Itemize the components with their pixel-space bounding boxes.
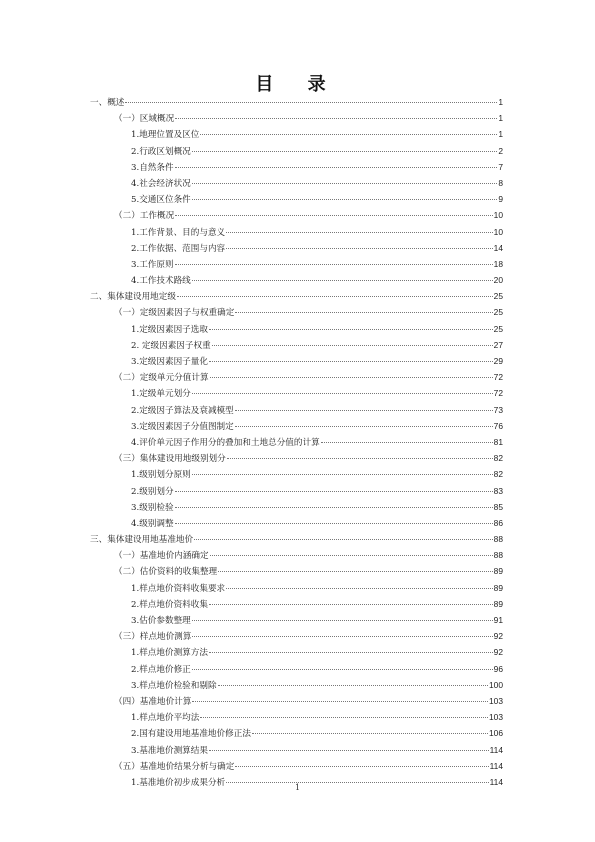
toc-entry-level-1[interactable]: （四）基准地价计算103	[90, 693, 503, 709]
toc-entry-label: 3.工作原则	[131, 257, 174, 273]
toc-entry-page-number: 18	[494, 256, 503, 272]
dot-leader	[226, 248, 493, 249]
dot-leader	[192, 183, 498, 184]
toc-entry-page-number: 29	[494, 353, 503, 369]
toc-entry-page-number: 1	[498, 110, 503, 126]
toc-entry-label: 4.级别调整	[131, 516, 174, 532]
toc-entry-level-2[interactable]: 3.级别检验85	[90, 499, 503, 515]
toc-entry-page-number: 8	[498, 175, 503, 191]
toc-entry-label: 3.基准地价测算结果	[131, 743, 208, 759]
toc-entry-level-1[interactable]: （三）集体建设用地级别划分82	[90, 450, 503, 466]
toc-entry-page-number: 82	[494, 450, 503, 466]
toc-entry-page-number: 72	[494, 385, 503, 401]
toc-entry-level-2[interactable]: 4.级别调整86	[90, 515, 503, 531]
toc-entry-level-2[interactable]: 2.工作依据、范围与内容14	[90, 240, 503, 256]
dot-leader	[210, 377, 493, 378]
toc-entry-page-number: 14	[494, 240, 503, 256]
toc-entry-level-1[interactable]: （二）估价资料的收集整理89	[90, 563, 503, 579]
dot-leader	[192, 701, 488, 702]
toc-entry-page-number: 85	[494, 499, 503, 515]
dot-leader	[175, 523, 493, 524]
dot-leader	[209, 750, 489, 751]
toc-entry-level-2[interactable]: 4.评价单元因子作用分的叠加和土地总分值的计算81	[90, 434, 503, 450]
toc-entry-page-number: 76	[494, 418, 503, 434]
toc-entry-level-2[interactable]: 1.定级因素因子选取25	[90, 321, 503, 337]
toc-entry-label: 4.评价单元因子作用分的叠加和土地总分值的计算	[131, 435, 320, 451]
dot-leader	[192, 669, 493, 670]
toc-entry-label: 3.自然条件	[131, 160, 174, 176]
toc-entry-level-2[interactable]: 3.定级因素因子量化29	[90, 353, 503, 369]
dot-leader	[210, 555, 493, 556]
toc-entry-level-2[interactable]: 4.社会经济状况8	[90, 175, 503, 191]
dot-leader	[175, 491, 493, 492]
toc-entry-level-2[interactable]: 3.定级因素因子分值图制定76	[90, 418, 503, 434]
dot-leader	[321, 442, 493, 443]
dot-leader	[192, 280, 493, 281]
toc-entry-page-number: 27	[494, 337, 503, 353]
dot-leader	[209, 652, 493, 653]
toc-entry-page-number: 89	[494, 580, 503, 596]
toc-entry-label: 2.级别划分	[131, 484, 174, 500]
toc-entry-level-1[interactable]: （一）定级因素因子与权重确定25	[90, 304, 503, 320]
dot-leader	[227, 458, 493, 459]
toc-entry-label: 1.地理位置及区位	[131, 127, 199, 143]
toc-entry-page-number: 20	[494, 272, 503, 288]
toc-entry-label: 二、集体建设用地定级	[90, 289, 176, 305]
toc-entry-level-2[interactable]: 2.定级因子算法及衰减模型73	[90, 402, 503, 418]
dot-leader	[192, 636, 492, 637]
dot-leader	[212, 345, 493, 346]
toc-entry-page-number: 1	[498, 94, 503, 110]
toc-entry-level-2[interactable]: 1.定级单元划分72	[90, 385, 503, 401]
toc-entry-page-number: 7	[498, 159, 503, 175]
toc-entry-page-number: 92	[494, 628, 503, 644]
dot-leader	[235, 426, 493, 427]
toc-entry-level-2[interactable]: 2.国有建设用地基准地价修正法106	[90, 725, 503, 741]
toc-entry-level-0[interactable]: 一、概述1	[90, 94, 503, 110]
toc-entry-level-2[interactable]: 2.行政区划概况2	[90, 143, 503, 159]
toc-entry-page-number: 10	[494, 207, 503, 223]
toc-entry-page-number: 96	[494, 661, 503, 677]
footer-page-number: 1	[0, 783, 595, 792]
toc-entry-label: （二）工作概况	[114, 208, 174, 224]
toc-entry-page-number: 92	[494, 644, 503, 660]
toc-entry-page-number: 82	[494, 466, 503, 482]
toc-entry-level-0[interactable]: 三、集体建设用地基准地价88	[90, 531, 503, 547]
toc-entry-label: 2.样点地价资料收集	[131, 597, 208, 613]
toc-entry-level-2[interactable]: 1.工作背景、目的与意义10	[90, 224, 503, 240]
dot-leader	[175, 264, 493, 265]
toc-entry-label: （一）定级因素因子与权重确定	[114, 305, 234, 321]
dot-leader	[226, 588, 493, 589]
toc-entry-level-2[interactable]: 1.样点地价资料收集要求89	[90, 580, 503, 596]
dot-leader	[226, 232, 493, 233]
toc-entry-page-number: 103	[489, 693, 503, 709]
toc-entry-level-2[interactable]: 4.工作技术路线20	[90, 272, 503, 288]
dot-leader	[209, 361, 493, 362]
toc-entry-label: 3.定级因素因子量化	[131, 354, 208, 370]
dot-leader	[192, 199, 498, 200]
toc-entry-label: 三、集体建设用地基准地价	[90, 532, 193, 548]
dot-leader	[192, 474, 493, 475]
toc-entry-page-number: 103	[489, 709, 503, 725]
toc-entry-label: （一）区域概况	[114, 111, 174, 127]
toc-entry-level-1[interactable]: （三）样点地价测算92	[90, 628, 503, 644]
page-title: 目 录	[0, 70, 595, 96]
toc-entry-label: （一）基准地价内涵确定	[114, 548, 209, 564]
toc-entry-level-0[interactable]: 二、集体建设用地定级25	[90, 288, 503, 304]
table-of-contents: 一、概述1（一）区域概况11.地理位置及区位12.行政区划概况23.自然条件74…	[90, 94, 503, 790]
toc-entry-level-1[interactable]: （二）定级单元分值计算72	[90, 369, 503, 385]
dot-leader	[177, 296, 493, 297]
toc-entry-label: 2. 定级因素因子权重	[131, 338, 211, 354]
toc-entry-page-number: 25	[494, 321, 503, 337]
toc-entry-level-2[interactable]: 3.样点地价检验和剔除100	[90, 677, 503, 693]
toc-entry-page-number: 106	[489, 725, 503, 741]
toc-entry-page-number: 10	[494, 224, 503, 240]
toc-entry-page-number: 114	[490, 758, 503, 774]
toc-entry-page-number: 83	[494, 483, 503, 499]
toc-entry-label: （三）样点地价测算	[114, 629, 191, 645]
dot-leader	[192, 393, 493, 394]
dot-leader	[235, 312, 492, 313]
toc-entry-label: （二）估价资料的收集整理	[114, 564, 217, 580]
toc-entry-page-number: 1	[498, 126, 503, 142]
toc-entry-page-number: 100	[489, 677, 503, 693]
toc-entry-level-2[interactable]: 3.估价参数整理91	[90, 612, 503, 628]
toc-entry-label: 2.样点地价修正	[131, 662, 191, 678]
toc-entry-page-number: 86	[494, 515, 503, 531]
toc-entry-page-number: 91	[494, 612, 503, 628]
toc-entry-level-2[interactable]: 3.基准地价测算结果114	[90, 742, 503, 758]
toc-entry-label: 1.工作背景、目的与意义	[131, 225, 225, 241]
toc-entry-level-1[interactable]: （五）基准地价结果分析与确定114	[90, 758, 503, 774]
toc-entry-label: 3.定级因素因子分值图制定	[131, 419, 234, 435]
toc-entry-label: 3.级别检验	[131, 500, 174, 516]
toc-entry-level-2[interactable]: 2.样点地价资料收集89	[90, 596, 503, 612]
dot-leader	[175, 118, 497, 119]
toc-entry-page-number: 25	[494, 288, 503, 304]
toc-entry-label: （四）基准地价计算	[114, 694, 191, 710]
toc-entry-page-number: 88	[494, 531, 503, 547]
toc-entry-page-number: 72	[494, 369, 503, 385]
toc-entry-label: 5.交通区位条件	[131, 192, 191, 208]
toc-entry-page-number: 89	[494, 596, 503, 612]
dot-leader	[125, 102, 497, 103]
toc-entry-label: 一、概述	[90, 95, 124, 111]
toc-entry-page-number: 2	[498, 143, 503, 159]
toc-entry-label: 1.样点地价测算方法	[131, 645, 208, 661]
toc-entry-label: 2.工作依据、范围与内容	[131, 241, 225, 257]
toc-entry-level-2[interactable]: 3.自然条件7	[90, 159, 503, 175]
toc-entry-label: 1.样点地价平均法	[131, 710, 199, 726]
toc-entry-level-2[interactable]: 1.样点地价平均法103	[90, 709, 503, 725]
toc-entry-level-2[interactable]: 1.级别划分原则82	[90, 466, 503, 482]
toc-entry-label: 1.定级因素因子选取	[131, 322, 208, 338]
toc-entry-page-number: 9	[498, 191, 503, 207]
dot-leader	[192, 151, 498, 152]
dot-leader	[209, 329, 493, 330]
toc-entry-level-2[interactable]: 3.工作原则18	[90, 256, 503, 272]
dot-leader	[175, 167, 498, 168]
toc-entry-label: 1.定级单元划分	[131, 386, 191, 402]
dot-leader	[175, 215, 493, 216]
toc-entry-label: 1.级别划分原则	[131, 467, 191, 483]
toc-entry-label: 3.估价参数整理	[131, 613, 191, 629]
toc-entry-label: 2.行政区划概况	[131, 144, 191, 160]
dot-leader	[209, 604, 493, 605]
toc-entry-label: 4.社会经济状况	[131, 176, 191, 192]
toc-entry-level-1[interactable]: （二）工作概况10	[90, 207, 503, 223]
toc-entry-label: （五）基准地价结果分析与确定	[114, 759, 234, 775]
toc-entry-page-number: 81	[494, 434, 503, 450]
toc-entry-label: 4.工作技术路线	[131, 273, 191, 289]
toc-entry-level-2[interactable]: 2.样点地价修正96	[90, 661, 503, 677]
toc-entry-label: （二）定级单元分值计算	[114, 370, 209, 386]
dot-leader	[218, 571, 493, 572]
toc-entry-label: （三）集体建设用地级别划分	[114, 451, 226, 467]
toc-entry-page-number: 114	[490, 742, 503, 758]
dot-leader	[235, 410, 493, 411]
toc-entry-label: 2.国有建设用地基准地价修正法	[131, 726, 251, 742]
toc-entry-level-2[interactable]: 2.级别划分83	[90, 483, 503, 499]
toc-entry-page-number: 89	[494, 563, 503, 579]
dot-leader	[200, 134, 497, 135]
toc-entry-label: 1.样点地价资料收集要求	[131, 581, 225, 597]
dot-leader	[192, 620, 493, 621]
toc-entry-level-2[interactable]: 1.样点地价测算方法92	[90, 644, 503, 660]
dot-leader	[194, 539, 493, 540]
toc-entry-page-number: 73	[494, 402, 503, 418]
dot-leader	[218, 685, 488, 686]
toc-entry-label: 3.样点地价检验和剔除	[131, 678, 217, 694]
dot-leader	[175, 507, 493, 508]
dot-leader	[200, 717, 488, 718]
toc-entry-level-2[interactable]: 5.交通区位条件9	[90, 191, 503, 207]
toc-entry-label: 2.定级因子算法及衰减模型	[131, 403, 234, 419]
toc-entry-level-1[interactable]: （一）基准地价内涵确定88	[90, 547, 503, 563]
dot-leader	[252, 733, 488, 734]
toc-entry-level-2[interactable]: 2. 定级因素因子权重27	[90, 337, 503, 353]
toc-entry-page-number: 25	[494, 304, 503, 320]
toc-entry-page-number: 88	[494, 547, 503, 563]
toc-entry-level-2[interactable]: 1.地理位置及区位1	[90, 126, 503, 142]
toc-entry-level-1[interactable]: （一）区域概况1	[90, 110, 503, 126]
dot-leader	[235, 766, 488, 767]
